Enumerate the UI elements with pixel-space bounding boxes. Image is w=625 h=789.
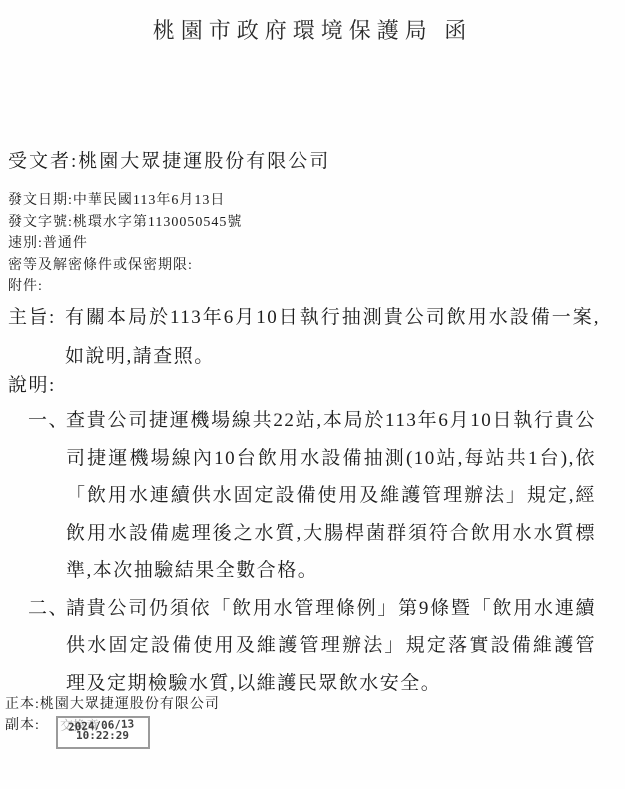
stamp-time: 10:22:29 (76, 729, 129, 742)
explanation-item-2: 二、 請貴公司仍須依「飲用水管理條例」第9條暨「飲用水連續供水固定設備使用及維護… (28, 590, 596, 703)
official-letter-page: 桃園市政府環境保護局 函 受文者:桃園大眾捷運股份有限公司 發文日期:中華民國1… (0, 0, 625, 789)
meta-block: 發文日期:中華民國113年6月13日 發文字號:桃環水字第1130050545號… (8, 190, 242, 298)
subject-text: 有關本局於113年6月10日執行抽測貴公司飲用水設備一案,如說明,請查照。 (65, 298, 600, 376)
explanation-label: 說明: (8, 370, 56, 397)
meta-line-attachment: 附件: (8, 276, 242, 298)
footer-original-label: 正本: (5, 697, 40, 712)
meta-line-speed: 速別:普通件 (8, 233, 242, 255)
footer-copy-label: 副本: (5, 718, 40, 733)
subject-block: 主旨: 有關本局於113年6月10日執行抽測貴公司飲用水設備一案,如說明,請查照… (8, 298, 600, 376)
meta-speed-value: 普通件 (43, 236, 88, 251)
meta-speed-label: 速別: (8, 236, 43, 251)
document-title: 桃園市政府環境保護局 函 (0, 14, 625, 45)
recipient-label: 受文者: (8, 151, 78, 172)
recipient-value: 桃園大眾捷運股份有限公司 (78, 151, 330, 172)
electronic-exchange-stamp: 交換章 2024/06/13 10:22:29 (56, 716, 150, 749)
item-2-text: 請貴公司仍須依「飲用水管理條例」第9條暨「飲用水連續供水固定設備使用及維護管理辦… (66, 590, 596, 703)
recipient-line: 受文者:桃園大眾捷運股份有限公司 (8, 146, 330, 173)
meta-date-value: 中華民國113年6月13日 (73, 193, 225, 208)
meta-security-label: 密等及解密條件或保密期限: (8, 258, 193, 273)
footer-original-line: 正本:桃園大眾捷運股份有限公司 (5, 694, 220, 715)
explanation-items: 一、 查貴公司捷運機場線共22站,本局於113年6月10日執行貴公司捷運機場線內… (28, 402, 596, 702)
meta-date-label: 發文日期: (8, 193, 73, 208)
item-2-number: 二、 (28, 590, 69, 628)
meta-attachment-label: 附件: (8, 279, 43, 294)
meta-line-security: 密等及解密條件或保密期限: (8, 255, 242, 277)
explanation-item-1: 一、 查貴公司捷運機場線共22站,本局於113年6月10日執行貴公司捷運機場線內… (28, 402, 596, 590)
meta-line-number: 發文字號:桃環水字第1130050545號 (8, 212, 242, 234)
item-1-number: 一、 (28, 402, 69, 440)
footer-original-value: 桃園大眾捷運股份有限公司 (40, 697, 220, 712)
item-1-text: 查貴公司捷運機場線共22站,本局於113年6月10日執行貴公司捷運機場線內10台… (66, 402, 596, 590)
subject-label: 主旨: (8, 298, 56, 337)
meta-line-date: 發文日期:中華民國113年6月13日 (8, 190, 242, 212)
meta-number-value: 桃環水字第1130050545號 (73, 215, 242, 230)
meta-number-label: 發文字號: (8, 215, 73, 230)
